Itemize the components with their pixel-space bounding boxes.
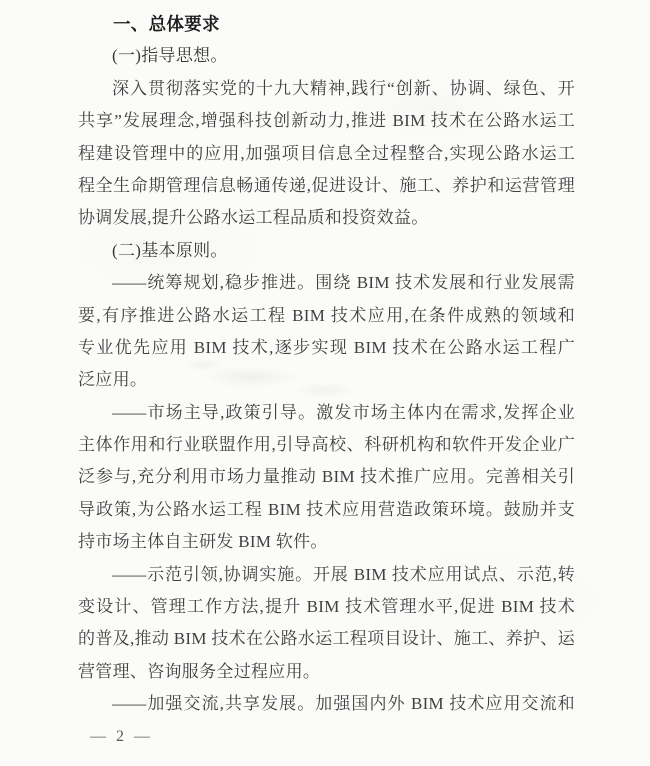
body-line: 变设计、管理工作方法,提升 BIM 技术管理水平,促进 BIM 技术 (78, 591, 575, 623)
body-line: 的普及,推动 BIM 技术在公路水运工程项目设计、施工、养护、运 (78, 623, 575, 655)
body-line: ——加强交流,共享发展。加强国内外 BIM 技术应用交流和 (78, 688, 575, 720)
body-line: 深入贯彻落实党的十九大精神,践行“创新、协调、绿色、开放、 (78, 73, 575, 105)
body-line: 泛应用。 (78, 364, 575, 396)
body-line: ——市场主导,政策引导。激发市场主体内在需求,发挥企业 (78, 397, 575, 429)
subsection-1-title: (一)指导思想。 (78, 40, 575, 72)
body-line: 共享”发展理念,增强科技创新动力,推进 BIM 技术在公路水运工 (78, 105, 575, 137)
body-line: ——示范引领,协调实施。开展 BIM 技术应用试点、示范,转 (78, 559, 575, 591)
body-line: 营管理、咨询服务全过程应用。 (78, 656, 575, 688)
body-line: ——统筹规划,稳步推进。围绕 BIM 技术发展和行业发展需 (78, 267, 575, 299)
text-column: 一、总体要求 (一)指导思想。 深入贯彻落实党的十九大精神,践行“创新、协调、绿… (78, 8, 575, 721)
body-line: 要,有序推进公路水运工程 BIM 技术应用,在条件成熟的领域和 (78, 300, 575, 332)
body-line: 协调发展,提升公路水运工程品质和投资效益。 (78, 202, 575, 234)
body-line: 持市场主体自主研发 BIM 软件。 (78, 526, 575, 558)
body-line: 主体作用和行业联盟作用,引导高校、科研机构和软件开发企业广 (78, 429, 575, 461)
body-line: 泛参与,充分利用市场力量推动 BIM 技术推广应用。完善相关引 (78, 461, 575, 493)
subsection-2-title: (二)基本原则。 (78, 235, 575, 267)
body-line: 专业优先应用 BIM 技术,逐步实现 BIM 技术在公路水运工程广 (78, 332, 575, 364)
section-heading: 一、总体要求 (78, 8, 575, 40)
body-line: 程建设管理中的应用,加强项目信息全过程整合,实现公路水运工 (78, 138, 575, 170)
body-line: 程全生命期管理信息畅通传递,促进设计、施工、养护和运营管理 (78, 170, 575, 202)
document-page: 一、总体要求 (一)指导思想。 深入贯彻落实党的十九大精神,践行“创新、协调、绿… (0, 0, 650, 766)
body-line: 导政策,为公路水运工程 BIM 技术应用营造政策环境。鼓励并支 (78, 494, 575, 526)
page-number: — 2 — (90, 722, 153, 752)
